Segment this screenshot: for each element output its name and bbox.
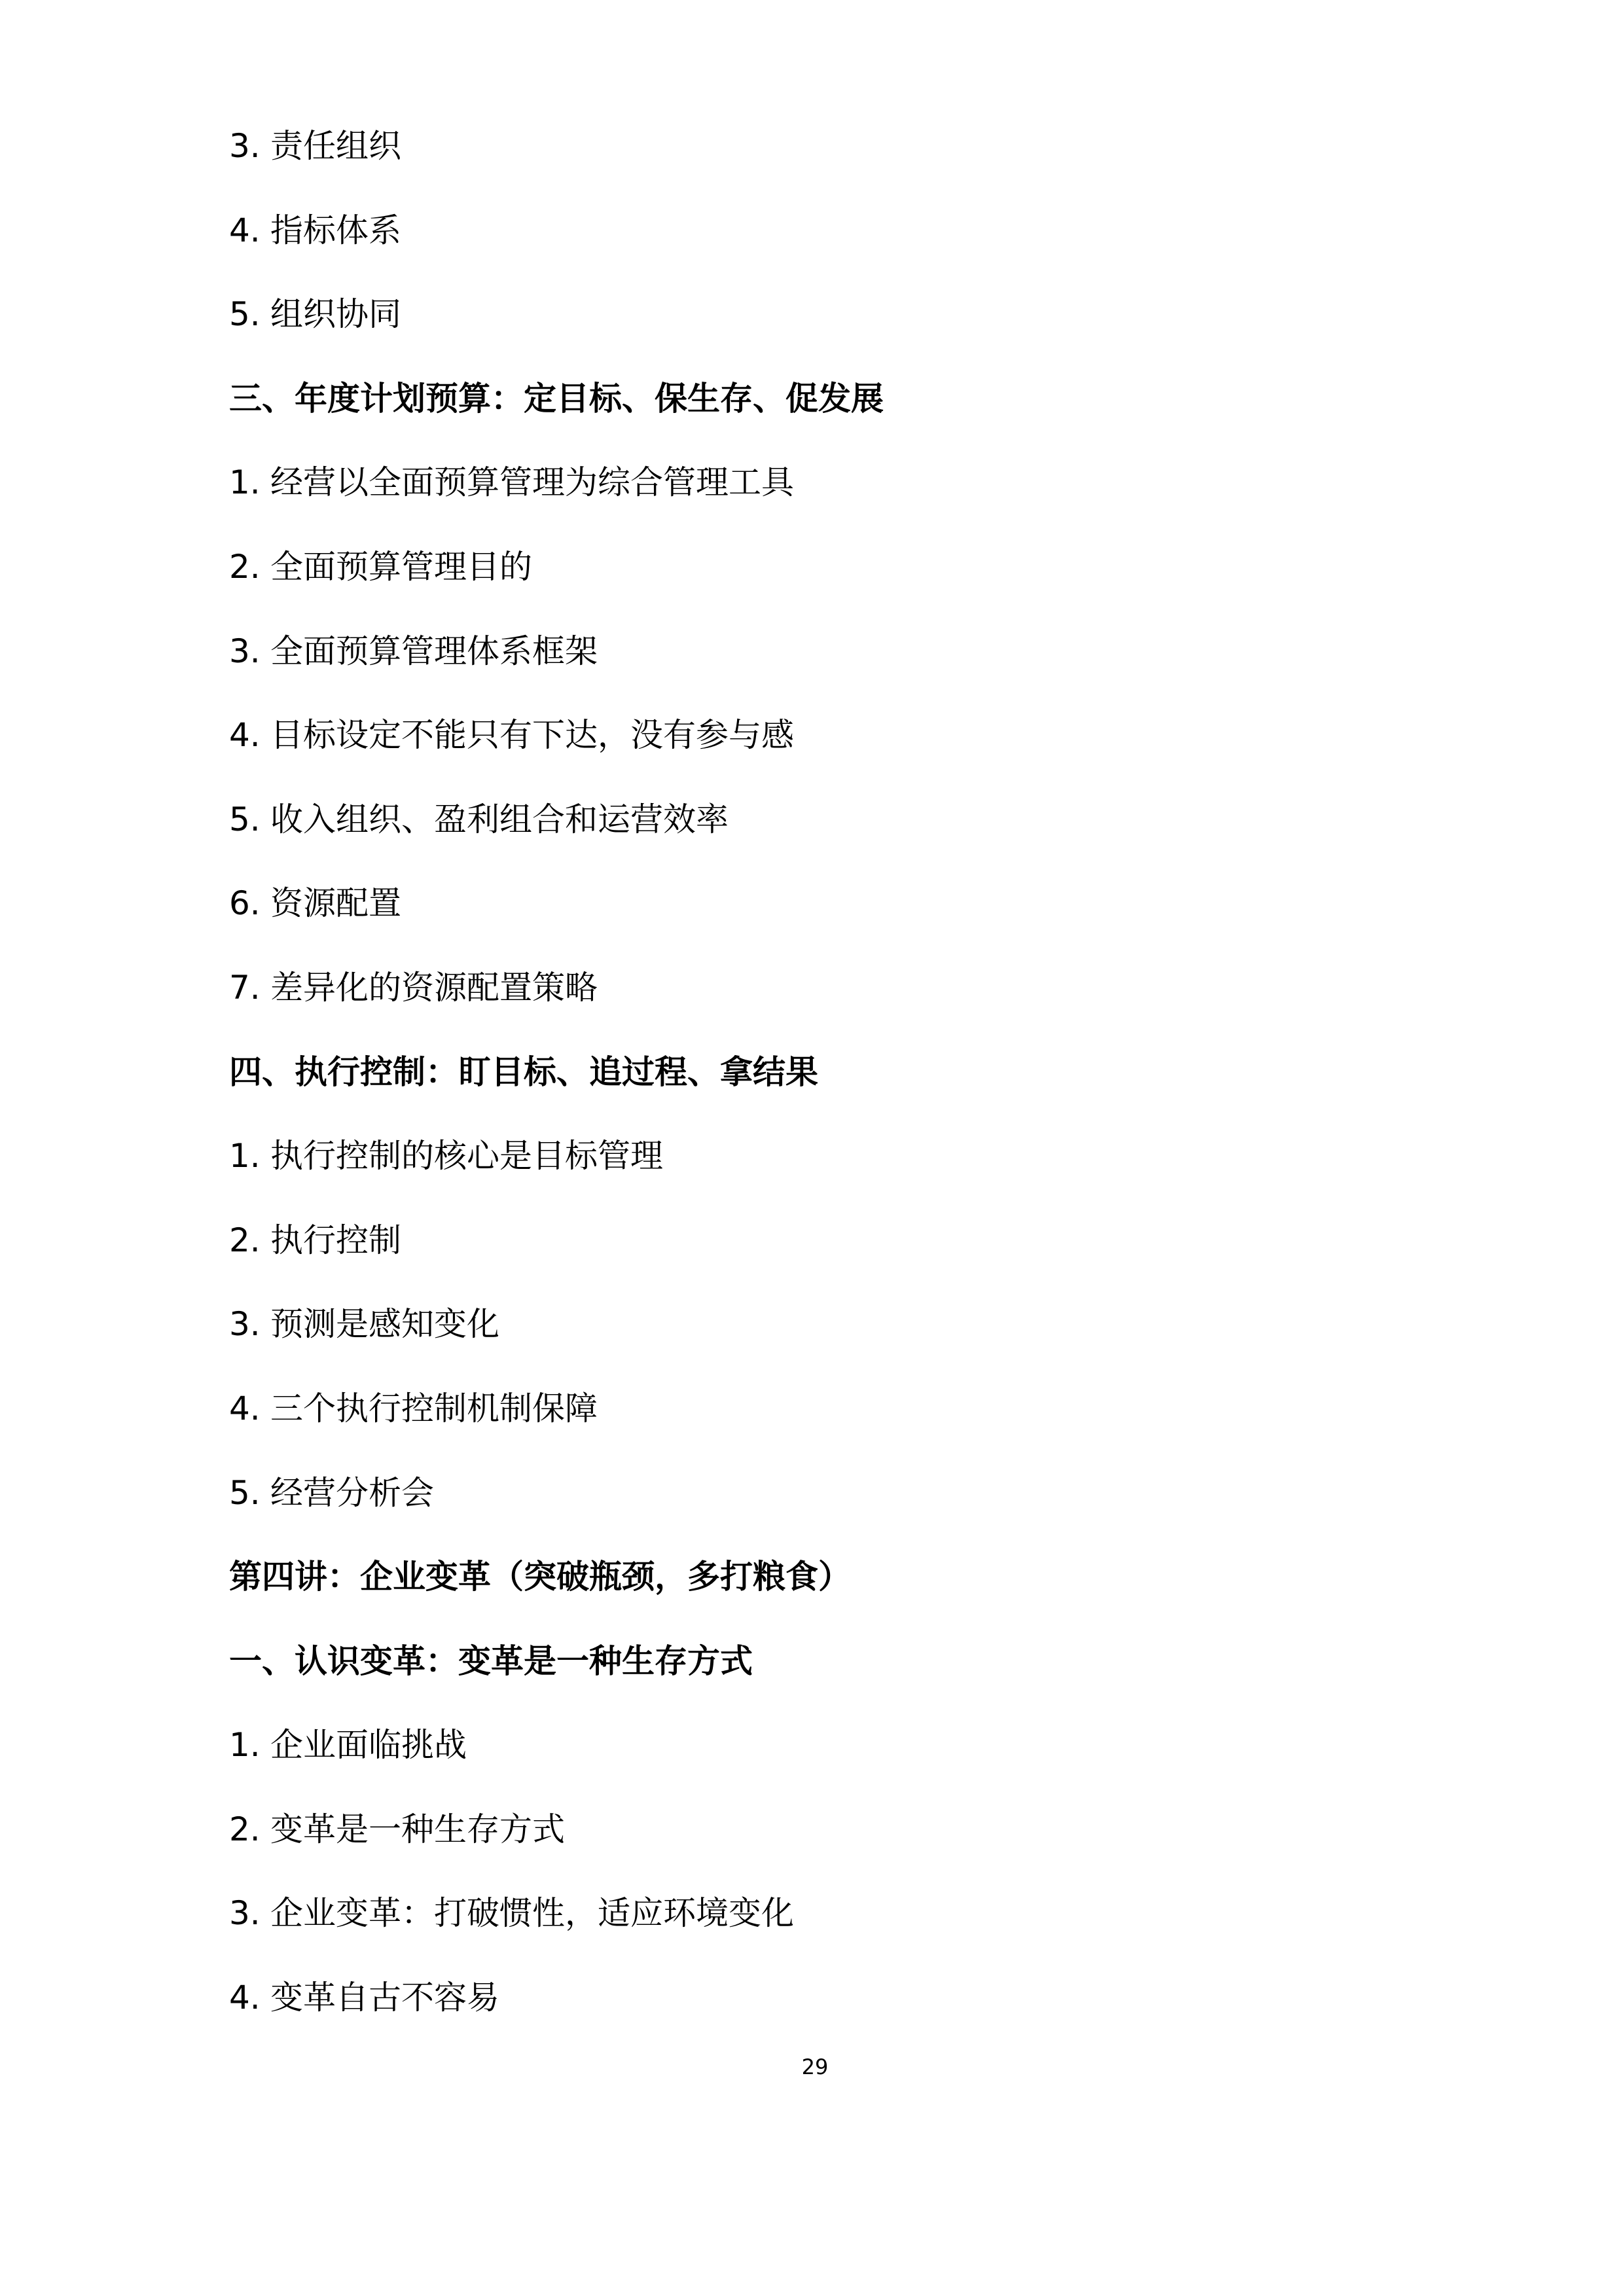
- heading-text: 四、执行控制：盯目标、追过程、拿结果: [229, 1030, 818, 1115]
- item-number: 5.: [229, 778, 270, 862]
- item-text: 差异化的资源配置策略: [270, 946, 598, 1030]
- item-text: 变革自古不容易: [270, 1956, 499, 2040]
- list-item: 1. 企业面临挑战: [229, 1703, 1394, 1787]
- item-text: 全面预算管理目的: [270, 525, 532, 609]
- item-number: 2.: [229, 1787, 270, 1872]
- item-text: 全面预算管理体系框架: [270, 609, 598, 694]
- list-item: 3. 全面预算管理体系框架: [229, 609, 1394, 694]
- heading-text: 第四讲：企业变革（突破瓶颈，多打粮食）: [229, 1535, 851, 1619]
- item-text: 企业变革：打破惯性，适应环境变化: [270, 1871, 794, 1956]
- item-text: 预测是感知变化: [270, 1282, 499, 1367]
- section-heading: 四、执行控制：盯目标、追过程、拿结果: [229, 1030, 1394, 1115]
- item-number: 3.: [229, 1871, 270, 1956]
- list-item: 2. 变革是一种生存方式: [229, 1787, 1394, 1872]
- item-text: 目标设定不能只有下达，没有参与感: [270, 693, 794, 778]
- item-text: 经营分析会: [270, 1451, 434, 1535]
- item-number: 4.: [229, 1956, 270, 2040]
- list-item: 2. 全面预算管理目的: [229, 525, 1394, 609]
- item-text: 执行控制: [270, 1198, 401, 1283]
- list-item: 7. 差异化的资源配置策略: [229, 946, 1394, 1030]
- item-text: 企业面临挑战: [270, 1703, 467, 1787]
- list-item: 1. 经营以全面预算管理为综合管理工具: [229, 440, 1394, 525]
- list-item: 6. 资源配置: [229, 861, 1394, 946]
- list-item: 2. 执行控制: [229, 1198, 1394, 1283]
- page-content: 3. 责任组织 4. 指标体系 5. 组织协同 三、年度计划预算：定目标、保生存…: [229, 104, 1394, 2040]
- item-number: 2.: [229, 1198, 270, 1283]
- item-number: 4.: [229, 188, 270, 273]
- list-item: 4. 指标体系: [229, 188, 1394, 273]
- heading-text: 三、年度计划预算：定目标、保生存、促发展: [229, 357, 884, 441]
- item-number: 3.: [229, 609, 270, 694]
- item-number: 2.: [229, 525, 270, 609]
- lecture-heading: 第四讲：企业变革（突破瓶颈，多打粮食）: [229, 1535, 1394, 1619]
- item-number: 6.: [229, 861, 270, 946]
- item-number: 1.: [229, 1114, 270, 1198]
- item-number: 1.: [229, 1703, 270, 1787]
- item-number: 5.: [229, 1451, 270, 1535]
- item-number: 4.: [229, 693, 270, 778]
- heading-text: 一、认识变革：变革是一种生存方式: [229, 1619, 753, 1704]
- list-item: 3. 预测是感知变化: [229, 1282, 1394, 1367]
- list-item: 5. 收入组织、盈利组合和运营效率: [229, 778, 1394, 862]
- list-item: 3. 责任组织: [229, 104, 1394, 188]
- item-text: 指标体系: [270, 188, 401, 273]
- item-text: 收入组织、盈利组合和运营效率: [270, 778, 729, 862]
- section-heading: 三、年度计划预算：定目标、保生存、促发展: [229, 357, 1394, 441]
- item-text: 责任组织: [270, 104, 401, 188]
- item-text: 组织协同: [270, 272, 401, 357]
- item-number: 3.: [229, 1282, 270, 1367]
- item-text: 执行控制的核心是目标管理: [270, 1114, 663, 1198]
- item-number: 4.: [229, 1367, 270, 1451]
- item-number: 7.: [229, 946, 270, 1030]
- item-text: 经营以全面预算管理为综合管理工具: [270, 440, 794, 525]
- item-text: 资源配置: [270, 861, 401, 946]
- list-item: 3. 企业变革：打破惯性，适应环境变化: [229, 1871, 1394, 1956]
- list-item: 1. 执行控制的核心是目标管理: [229, 1114, 1394, 1198]
- section-heading: 一、认识变革：变革是一种生存方式: [229, 1619, 1394, 1704]
- page-number: 29: [749, 2053, 880, 2081]
- item-text: 三个执行控制机制保障: [270, 1367, 598, 1451]
- item-text: 变革是一种生存方式: [270, 1787, 565, 1872]
- list-item: 5. 经营分析会: [229, 1451, 1394, 1535]
- item-number: 3.: [229, 104, 270, 188]
- list-item: 4. 三个执行控制机制保障: [229, 1367, 1394, 1451]
- item-number: 5.: [229, 272, 270, 357]
- list-item: 4. 变革自古不容易: [229, 1956, 1394, 2040]
- document-page: 3. 责任组织 4. 指标体系 5. 组织协同 三、年度计划预算：定目标、保生存…: [0, 0, 1624, 2296]
- list-item: 5. 组织协同: [229, 272, 1394, 357]
- list-item: 4. 目标设定不能只有下达，没有参与感: [229, 693, 1394, 778]
- item-number: 1.: [229, 440, 270, 525]
